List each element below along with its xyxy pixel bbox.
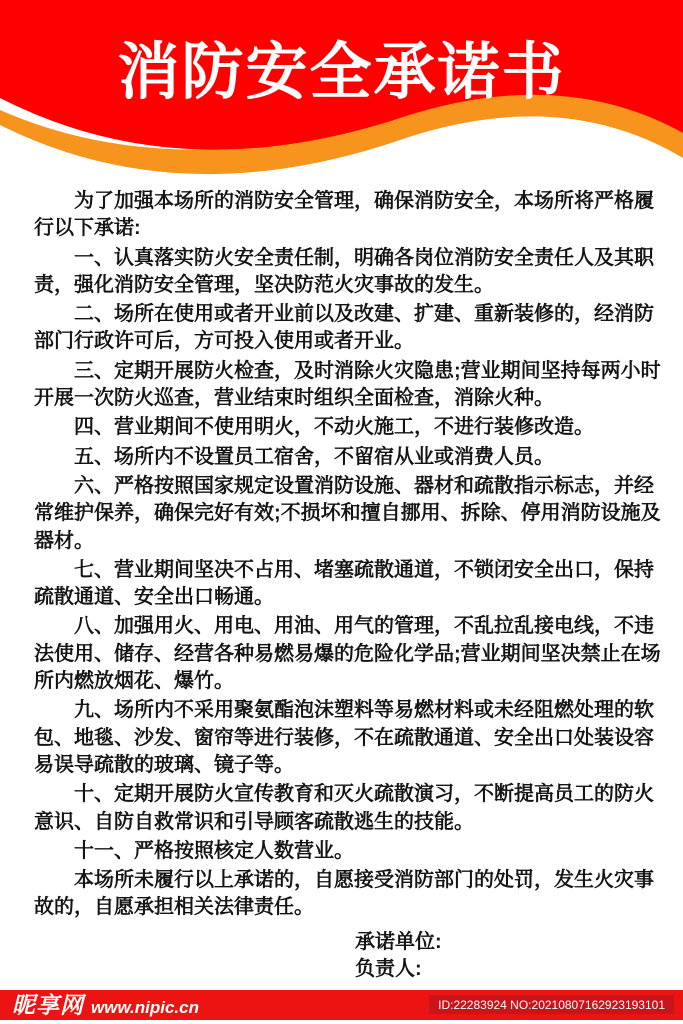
body-paragraph: 三、定期开展防火检查，及时消除火灾隐患;营业期间坚持每两小时 开展一次防火巡查，… bbox=[34, 358, 676, 413]
watermark-footer-bar: 昵享网 www.nipic.cn ID:22283924 NO:20210807… bbox=[0, 990, 683, 1020]
body-paragraph: 二、场所在使用或者开业前以及改建、扩建、重新装修的，经消防 部门行政许可后，方可… bbox=[34, 301, 676, 356]
body-paragraph: 为了加强本场所的消防安全管理，确保消防安全，本场所将严格履 行以下承诺: bbox=[34, 188, 676, 243]
body-paragraph: 七、营业期间坚决不占用、堵塞疏散通道，不锁闭安全出口，保持 疏散通道、安全出口畅… bbox=[34, 557, 676, 612]
body-paragraph: 九、场所内不采用聚氨酯泡沫塑料等易燃材料或未经阻燃处理的软 包、地毯、沙发、窗帘… bbox=[34, 697, 676, 779]
body-paragraph: 本场所未履行以上承诺的，自愿接受消防部门的处罚，发生火灾事 故的，自愿承担相关法… bbox=[34, 867, 676, 922]
nipic-logo: 昵享网 www.nipic.cn bbox=[12, 994, 199, 1017]
body-paragraph: 五、场所内不设置员工宿舍，不留宿从业或消费人员。 bbox=[34, 444, 676, 471]
body-paragraph: 八、加强用火、用电、用油、用气的管理，不乱拉乱接电线，不违 法使用、储存、经营各… bbox=[34, 613, 676, 695]
signature-unit-label: 承诺单位: bbox=[355, 929, 442, 956]
signature-block: 承诺单位: 负责人: bbox=[355, 929, 442, 983]
signature-person-label: 负责人: bbox=[355, 956, 442, 983]
site-name: 昵享网 bbox=[12, 994, 84, 1017]
body-paragraph: 十、定期开展防火宣传教育和灭火疏散演习，不断提高员工的防火 意识、自防自救常识和… bbox=[34, 781, 676, 836]
page-title: 消防安全承诺书 bbox=[0, 42, 683, 104]
body-paragraph: 六、严格按照国家规定设置消防设施、器材和疏散指示标志，并经 常维护保养，确保完好… bbox=[34, 473, 676, 555]
commitment-text-block: 为了加强本场所的消防安全管理，确保消防安全，本场所将严格履 行以下承诺:一、认真… bbox=[34, 188, 676, 924]
body-paragraph: 十一、严格按照核定人数营业。 bbox=[34, 838, 676, 865]
body-paragraph: 四、营业期间不使用明火，不动火施工，不进行装修改造。 bbox=[34, 414, 676, 441]
body-paragraph: 一、认真落实防火安全责任制，明确各岗位消防安全责任人及其职 责，强化消防安全管理… bbox=[34, 245, 676, 300]
image-id-badge: ID:22283924 NO:20210807162923193101 bbox=[429, 995, 674, 1014]
poster-page: { "header": { "title": "消防安全承诺书" }, "bod… bbox=[0, 0, 683, 1024]
site-url: www.nipic.cn bbox=[91, 999, 199, 1016]
